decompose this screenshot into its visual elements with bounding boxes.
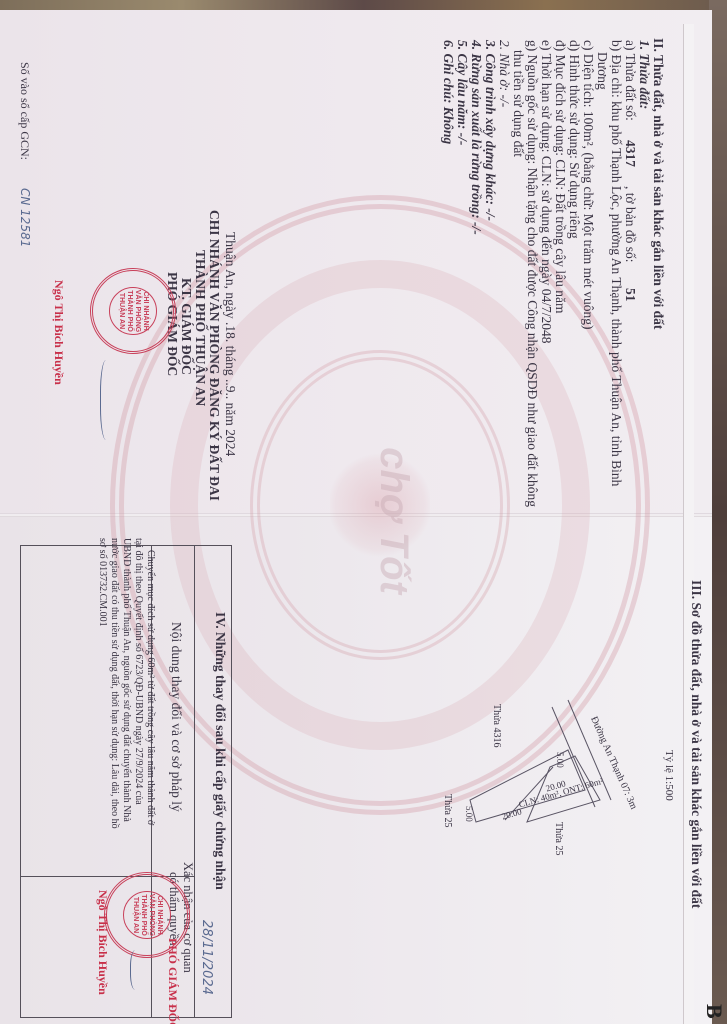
col-content-header: Nội dung thay đổi và cơ sở pháp lý xyxy=(169,622,184,812)
change-line-5: sơ số 013732.CM.001 xyxy=(95,538,110,627)
next-page-letter: B xyxy=(707,1004,722,1019)
confirm-date: 28/11/2024 xyxy=(199,920,214,995)
section4-title: IV. Những thay đổi sau khi cấp giấy chứn… xyxy=(213,612,228,890)
certificate-page: chợ Tốt II. Thửa đất, nhà ở và tài sản k… xyxy=(0,10,712,1024)
dim-road-side: 5.00 xyxy=(552,752,567,768)
dim-back-side: 5.00 xyxy=(461,806,476,822)
stamp-line: CHI NHÁNH xyxy=(155,895,163,934)
official-stamp-2: CHI NHÁNH VĂN PHÒNG THÀNH PHỐ THUẬN AN xyxy=(104,872,190,958)
neighbor-parcel-top: Thửa 4316 xyxy=(489,704,504,747)
stamp-line: THÀNH PHỐ xyxy=(139,894,147,936)
neighbor-parcel-bottom: Thửa 25 xyxy=(440,794,455,827)
confirm-signer: Ngô Thị Bích Huyền xyxy=(95,890,110,995)
stamp-line: VĂN PHÒNG xyxy=(147,894,155,936)
neighbor-parcel-right: Thửa 25 xyxy=(551,822,566,855)
signature-mark-2 xyxy=(130,950,143,990)
stamp-line: THUẬN AN xyxy=(131,897,139,933)
